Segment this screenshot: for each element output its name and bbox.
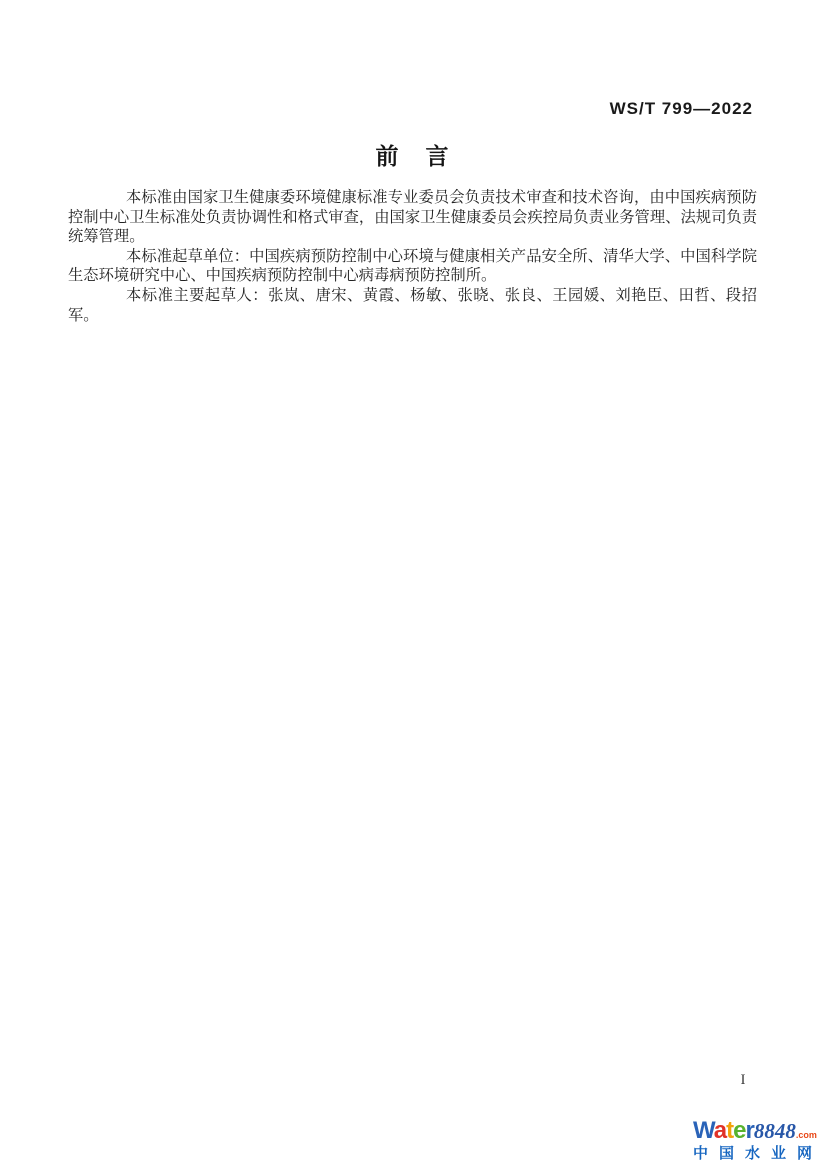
page-title: 前 言 <box>0 138 826 171</box>
water8848-watermark: Water8848.com 中国水业网 <box>693 1119 823 1161</box>
site-name: 中国水业网 <box>693 1146 823 1161</box>
brand-tld: .com <box>796 1130 817 1140</box>
foreword-paragraph: 本标准主要起草人：张岚、唐宋、黄霞、杨敏、张晓、张良、王园媛、刘艳臣、田哲、段招… <box>68 286 757 325</box>
foreword-body: 本标准由国家卫生健康委环境健康标准专业委员会负责技术审查和技术咨询，由中国疾病预… <box>68 188 757 325</box>
brand-letter-e: e <box>733 1117 745 1144</box>
page-number: I <box>733 1072 753 1089</box>
brand-letter-a: a <box>714 1117 726 1144</box>
document-page: WS/T 799—2022 前 言 本标准由国家卫生健康委环境健康标准专业委员会… <box>0 0 826 1169</box>
brand-number: 8848 <box>754 1119 796 1143</box>
foreword-paragraph: 本标准由国家卫生健康委环境健康标准专业委员会负责技术审查和技术咨询，由中国疾病预… <box>68 188 757 247</box>
brand-letter-w: W <box>693 1117 714 1144</box>
foreword-paragraph: 本标准起草单位：中国疾病预防控制中心环境与健康相关产品安全所、清华大学、中国科学… <box>68 247 757 286</box>
standard-number: WS/T 799—2022 <box>610 99 753 119</box>
brand-letter-r: r <box>745 1117 753 1144</box>
water8848-logo-text: Water8848.com <box>693 1119 823 1143</box>
